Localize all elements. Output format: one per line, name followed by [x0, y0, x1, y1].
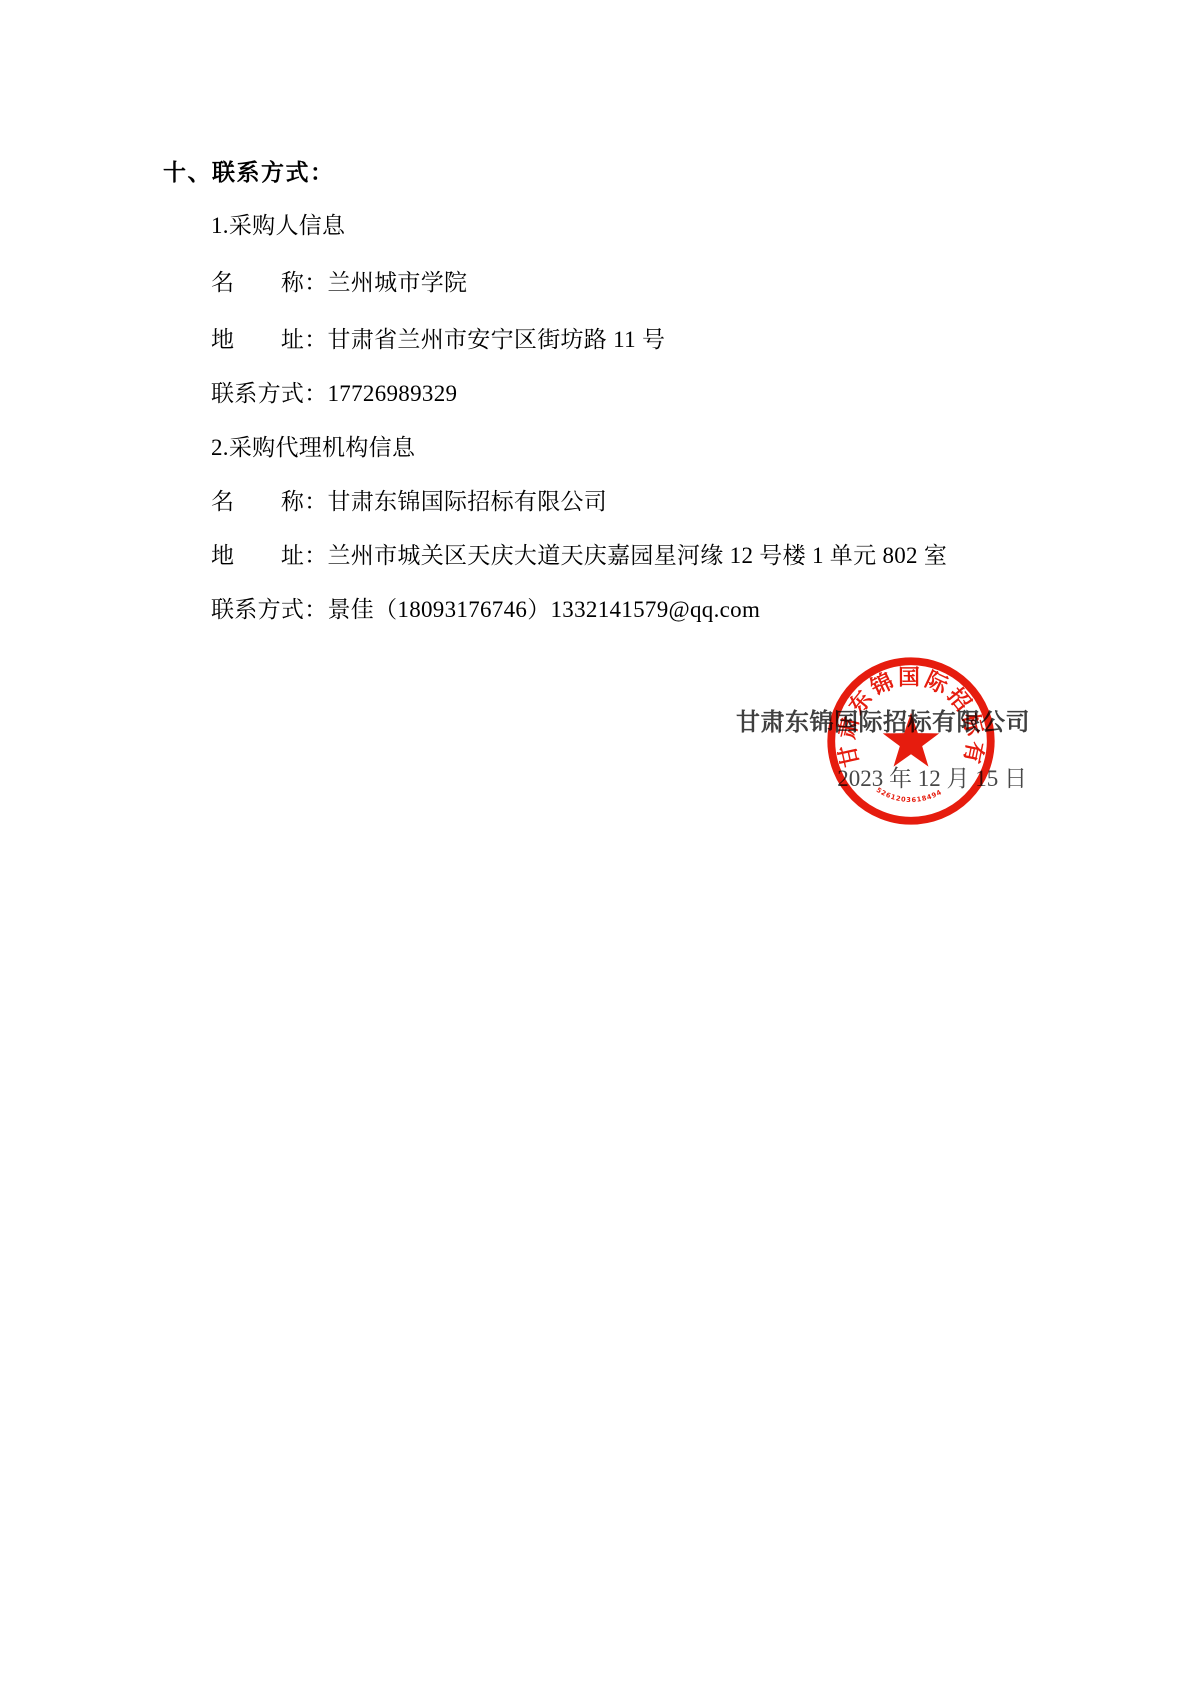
official-seal: 甘肃东锦国际招标有限公司 5261203618494 [825, 655, 997, 827]
section-heading: 十、联系方式： [163, 154, 335, 187]
subsection-title-agency: 2.采购代理机构信息 [211, 435, 415, 461]
field-row-agency-address: 地 址：兰州市城关区天庆大道天庆嘉园星河缘 12 号楼 1 单元 802 室 [211, 543, 947, 569]
field-label: 名 称： [211, 270, 328, 295]
field-value: 甘肃省兰州市安宁区街坊路 11 号 [328, 327, 666, 352]
field-row-purchaser-address: 地 址：甘肃省兰州市安宁区街坊路 11 号 [211, 327, 665, 353]
field-value: 17726989329 [328, 381, 458, 406]
field-row-agency-contact: 联系方式：景佳（18093176746）1332141579@qq.com [211, 597, 760, 623]
field-label: 地 址： [211, 327, 328, 352]
field-row-purchaser-contact: 联系方式：17726989329 [211, 381, 457, 407]
field-label: 联系方式： [211, 597, 328, 622]
field-value: 景佳（18093176746）1332141579@qq.com [328, 597, 761, 622]
field-row-purchaser-name: 名 称：兰州城市学院 [211, 270, 467, 296]
document-page: 十、联系方式： 1.采购人信息 名 称：兰州城市学院 地 址：甘肃省兰州市安宁区… [0, 0, 1191, 1684]
seal-code-text: 5261203618494 [875, 786, 944, 804]
field-label: 地 址： [211, 543, 328, 568]
star-icon [883, 713, 939, 767]
field-value: 兰州城市学院 [328, 270, 468, 295]
field-value: 兰州市城关区天庆大道天庆嘉园星河缘 12 号楼 1 单元 802 室 [328, 543, 948, 568]
field-label: 联系方式： [211, 381, 328, 406]
field-label: 名 称： [211, 489, 328, 514]
subsection-title-purchaser: 1.采购人信息 [211, 213, 345, 239]
field-value: 甘肃东锦国际招标有限公司 [328, 489, 608, 514]
field-row-agency-name: 名 称：甘肃东锦国际招标有限公司 [211, 489, 607, 515]
